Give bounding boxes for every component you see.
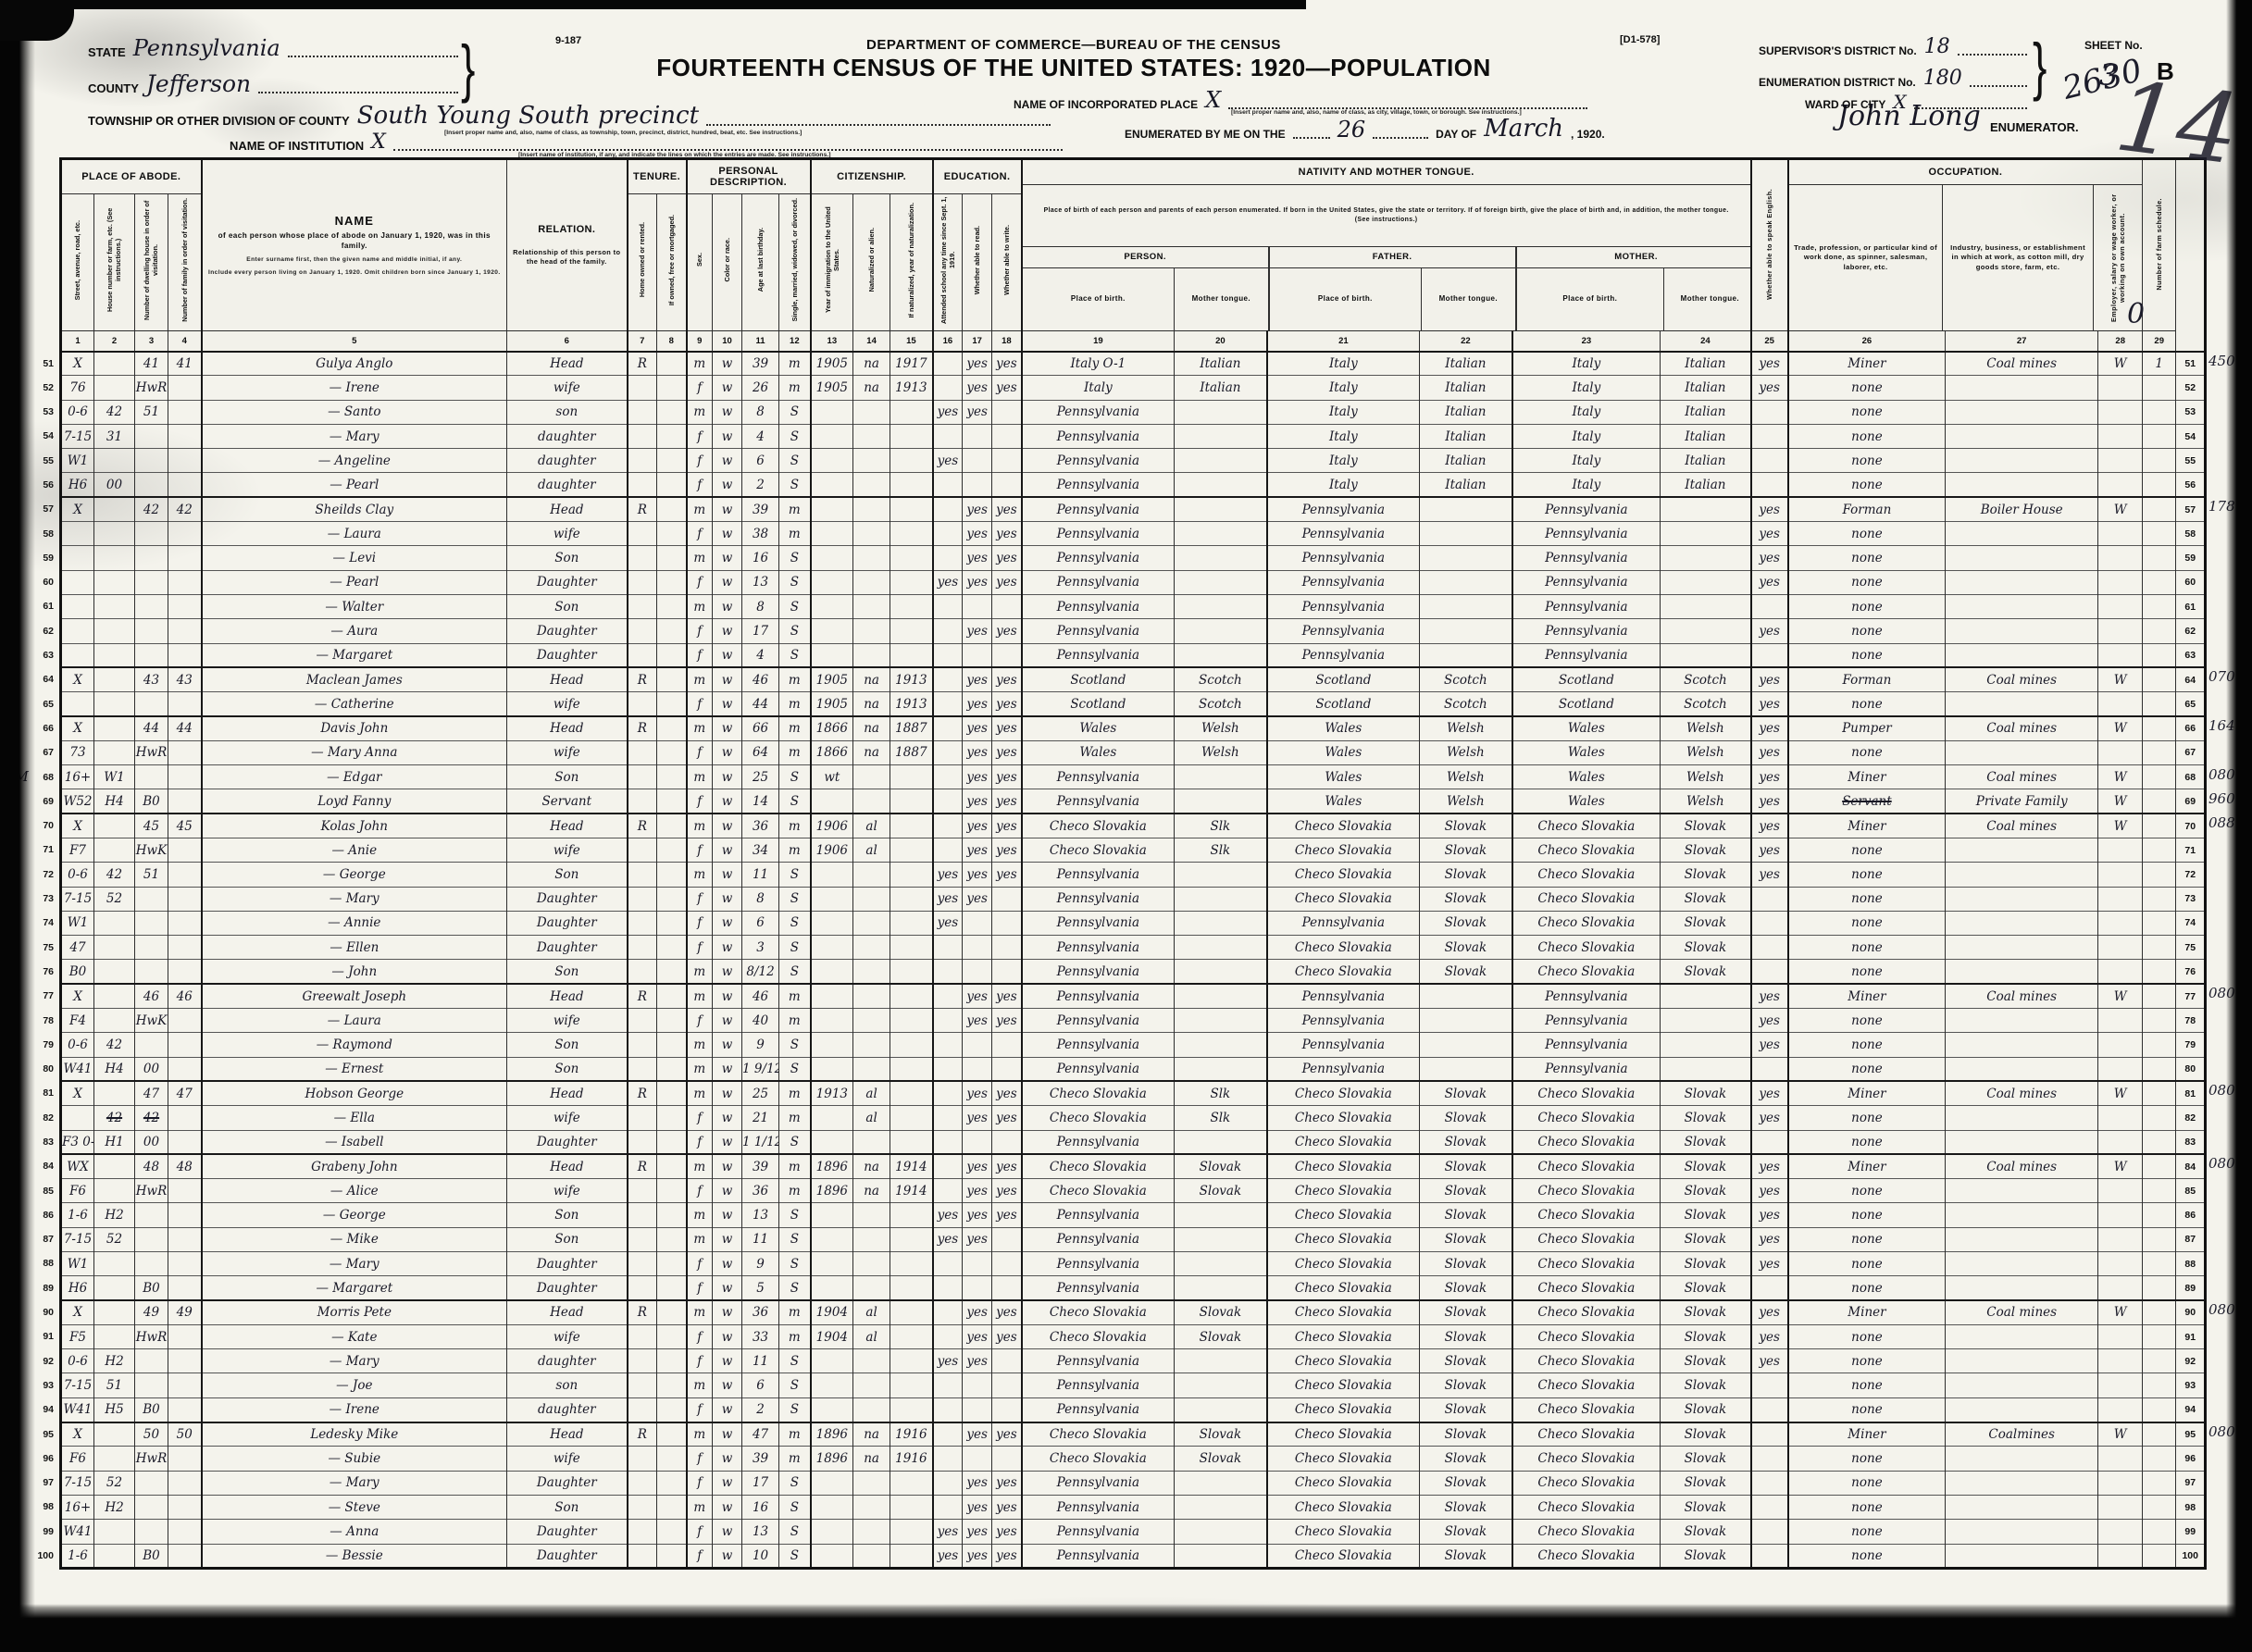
cell-53-c12: S xyxy=(779,400,811,424)
cell-95-c29 xyxy=(2143,1422,2176,1447)
cell-80-c12: S xyxy=(779,1057,811,1081)
enumerated-year: , 1920. xyxy=(1571,128,1605,141)
cell-54-c1: 7-15 xyxy=(61,424,94,448)
cell-96-c24: Slovak xyxy=(1661,1447,1751,1471)
cell-67-c19: Wales xyxy=(1022,740,1175,764)
cell-63-c17 xyxy=(963,643,992,667)
cell-94-c23: Checo Slovakia xyxy=(1512,1397,1661,1422)
cell-60-c21: Pennsylvania xyxy=(1267,570,1420,594)
cell-86-c12: S xyxy=(779,1203,811,1227)
cell-100-c12: S xyxy=(779,1544,811,1568)
cell-70-c4: 45 xyxy=(168,814,202,838)
cell-90-c9: m xyxy=(687,1300,713,1324)
scan-edge-left xyxy=(0,0,35,1652)
line-number-right: 75 xyxy=(2176,936,2206,960)
cell-73-c14 xyxy=(853,887,890,911)
table-row: F7HwK— Aniewifefw34m1906alyesyesCheco Sl… xyxy=(61,838,2206,862)
cell-84-c26: Miner xyxy=(1788,1154,1946,1178)
cell-80-c9: m xyxy=(687,1057,713,1081)
cell-53-c18 xyxy=(992,400,1022,424)
cell-76-c3 xyxy=(135,960,168,984)
cell-90-c21: Checo Slovakia xyxy=(1267,1300,1420,1324)
cell-92-c26: none xyxy=(1788,1349,1946,1373)
table-row: 7-1531— Marydaughterfw4SPennsylvaniaItal… xyxy=(61,424,2206,448)
table-row: — MargaretDaughterfw4SPennsylvaniaPennsy… xyxy=(61,643,2206,667)
cell-83-c20 xyxy=(1175,1130,1267,1154)
cell-65-c21: Scotland xyxy=(1267,692,1420,716)
line-number-right: 76 xyxy=(2176,960,2206,984)
cell-69-c18: yes xyxy=(992,789,1022,814)
cell-84-c16 xyxy=(933,1154,963,1178)
cell-78-c25: yes xyxy=(1751,1009,1788,1033)
cell-60-c15 xyxy=(890,570,933,594)
cell-55-c24: Italian xyxy=(1661,449,1751,473)
cell-96-c14: na xyxy=(853,1447,890,1471)
cell-88-c6: Daughter xyxy=(507,1251,628,1275)
cell-69-c28: W xyxy=(2098,789,2143,814)
cell-59-c20 xyxy=(1175,546,1267,570)
cell-69-c14 xyxy=(853,789,890,814)
cell-57-c22 xyxy=(1420,497,1512,521)
cell-100-c3: B0 xyxy=(135,1544,168,1568)
table-row: 16+W1— EdgarSonmw25SwtyesyesPennsylvania… xyxy=(61,765,2206,789)
col-number-22: 22 xyxy=(1420,331,1512,352)
cell-96-c26: none xyxy=(1788,1447,1946,1471)
cell-63-c5: — Margaret xyxy=(202,643,507,667)
cell-83-c24: Slovak xyxy=(1661,1130,1751,1154)
cell-83-c17 xyxy=(963,1130,992,1154)
cell-83-c5: — Isabell xyxy=(202,1130,507,1154)
cell-61-c23: Pennsylvania xyxy=(1512,594,1661,618)
cell-55-c19: Pennsylvania xyxy=(1022,449,1175,473)
cell-60-c10: w xyxy=(713,570,742,594)
col-number-21: 21 xyxy=(1267,331,1420,352)
enumerated-label: ENUMERATED BY ME ON THE xyxy=(1125,128,1286,141)
cell-64-c2 xyxy=(94,667,135,691)
cell-77-c21: Pennsylvania xyxy=(1267,984,1420,1008)
cell-82-c29 xyxy=(2143,1106,2176,1130)
cell-59-c23: Pennsylvania xyxy=(1512,546,1661,570)
cell-71-c6: wife xyxy=(507,838,628,862)
col-header-c11: Age at last birthday. xyxy=(742,194,779,331)
day-of-label: DAY OF xyxy=(1436,128,1476,141)
cell-63-c26: none xyxy=(1788,643,1946,667)
cell-88-c28 xyxy=(2098,1251,2143,1275)
cell-75-c25 xyxy=(1751,936,1788,960)
cell-64-c6: Head xyxy=(507,667,628,691)
cell-98-c22: Slovak xyxy=(1420,1495,1512,1519)
cell-75-c20 xyxy=(1175,936,1267,960)
cell-57-c15 xyxy=(890,497,933,521)
cell-86-c2: H2 xyxy=(94,1203,135,1227)
cell-66-c20: Welsh xyxy=(1175,716,1267,740)
cell-64-c22: Scotch xyxy=(1420,667,1512,691)
cell-95-c26: Miner xyxy=(1788,1422,1946,1447)
col-header-c8: If owned, free or mortgaged. xyxy=(657,194,687,331)
cell-64-c17: yes xyxy=(963,667,992,691)
cell-54-c6: daughter xyxy=(507,424,628,448)
cell-81-c22: Slovak xyxy=(1420,1081,1512,1105)
cell-69-c11: 14 xyxy=(742,789,779,814)
col-number-8: 8 xyxy=(657,331,687,352)
cell-66-c27: Coal mines xyxy=(1946,716,2098,740)
cell-70-c20: Slk xyxy=(1175,814,1267,838)
cell-78-c13 xyxy=(811,1009,853,1033)
cell-97-c2: 52 xyxy=(94,1471,135,1495)
cell-100-c29 xyxy=(2143,1544,2176,1568)
cell-55-c11: 6 xyxy=(742,449,779,473)
cell-60-c5: — Pearl xyxy=(202,570,507,594)
cell-93-c11: 6 xyxy=(742,1373,779,1397)
cell-71-c25: yes xyxy=(1751,838,1788,862)
cell-86-c29 xyxy=(2143,1203,2176,1227)
cell-58-c19: Pennsylvania xyxy=(1022,522,1175,546)
cell-92-c28 xyxy=(2098,1349,2143,1373)
cell-83-c15 xyxy=(890,1130,933,1154)
cell-56-c15 xyxy=(890,473,933,497)
col-header-c12: Single, married, widowed, or divorced. xyxy=(779,194,811,331)
cell-77-c10: w xyxy=(713,984,742,1008)
cell-94-c7 xyxy=(628,1397,657,1422)
cell-73-c29 xyxy=(2143,887,2176,911)
cell-74-c24: Slovak xyxy=(1661,911,1751,935)
cell-68-c1: 16+ xyxy=(61,765,94,789)
cell-53-c3: 51 xyxy=(135,400,168,424)
cell-93-c25 xyxy=(1751,1373,1788,1397)
cell-73-c26: none xyxy=(1788,887,1946,911)
cell-79-c8 xyxy=(657,1033,687,1057)
cell-94-c28 xyxy=(2098,1397,2143,1422)
cell-80-c21: Pennsylvania xyxy=(1267,1057,1420,1081)
cell-54-c16 xyxy=(933,424,963,448)
cell-53-c8 xyxy=(657,400,687,424)
cell-59-c7 xyxy=(628,546,657,570)
cell-79-c13 xyxy=(811,1033,853,1057)
cell-62-c19: Pennsylvania xyxy=(1022,619,1175,643)
col-number-4: 4 xyxy=(168,331,202,352)
table-row: 1-6H2— GeorgeSonmw13SyesyesyesPennsylvan… xyxy=(61,1203,2206,1227)
cell-100-c19: Pennsylvania xyxy=(1022,1544,1175,1568)
col-number-2: 2 xyxy=(94,331,135,352)
cell-66-c5: Davis John xyxy=(202,716,507,740)
cell-78-c4 xyxy=(168,1009,202,1033)
cell-98-c7 xyxy=(628,1495,657,1519)
line-number-right: 55 xyxy=(2176,449,2206,473)
cell-67-c8 xyxy=(657,740,687,764)
cell-84-c13: 1896 xyxy=(811,1154,853,1178)
cell-78-c24 xyxy=(1661,1009,1751,1033)
line-number-column-header xyxy=(2176,159,2206,352)
cell-76-c29 xyxy=(2143,960,2176,984)
cell-61-c28 xyxy=(2098,594,2143,618)
col-header-c9: Sex. xyxy=(687,194,713,331)
cell-58-c6: wife xyxy=(507,522,628,546)
cell-77-c25: yes xyxy=(1751,984,1788,1008)
line-number-right: 86 xyxy=(2176,1203,2206,1227)
cell-96-c8 xyxy=(657,1447,687,1471)
cell-56-c28 xyxy=(2098,473,2143,497)
cell-80-c5: — Ernest xyxy=(202,1057,507,1081)
cell-91-c14: al xyxy=(853,1324,890,1348)
cell-72-c16: yes xyxy=(933,863,963,887)
cell-76-c1: B0 xyxy=(61,960,94,984)
cell-75-c2 xyxy=(94,936,135,960)
cell-78-c21: Pennsylvania xyxy=(1267,1009,1420,1033)
cell-93-c5: — Joe xyxy=(202,1373,507,1397)
cell-85-c4 xyxy=(168,1179,202,1203)
cell-60-c19: Pennsylvania xyxy=(1022,570,1175,594)
cell-63-c20 xyxy=(1175,643,1267,667)
cell-99-c22: Slovak xyxy=(1420,1520,1512,1544)
cell-81-c26: Miner xyxy=(1788,1081,1946,1105)
cell-70-c26: Miner xyxy=(1788,814,1946,838)
cell-85-c10: w xyxy=(713,1179,742,1203)
cell-67-c16 xyxy=(933,740,963,764)
cell-52-c11: 26 xyxy=(742,376,779,400)
cell-59-c19: Pennsylvania xyxy=(1022,546,1175,570)
cell-60-c27 xyxy=(1946,570,2098,594)
cell-79-c10: w xyxy=(713,1033,742,1057)
cell-96-c10: w xyxy=(713,1447,742,1471)
enumerated-day: 26 xyxy=(1338,118,1366,141)
cell-94-c16 xyxy=(933,1397,963,1422)
cell-76-c15 xyxy=(890,960,933,984)
cell-70-c11: 36 xyxy=(742,814,779,838)
cell-70-c23: Checo Slovakia xyxy=(1512,814,1661,838)
cell-99-c25 xyxy=(1751,1520,1788,1544)
cell-69-c6: Servant xyxy=(507,789,628,814)
cell-94-c4 xyxy=(168,1397,202,1422)
cell-78-c26: none xyxy=(1788,1009,1946,1033)
cell-66-c19: Wales xyxy=(1022,716,1175,740)
cell-59-c28 xyxy=(2098,546,2143,570)
cell-68-c6: Son xyxy=(507,765,628,789)
cell-82-c11: 21 xyxy=(742,1106,779,1130)
scan-corner-topleft xyxy=(0,0,74,41)
cell-60-c16: yes xyxy=(933,570,963,594)
cell-65-c6: wife xyxy=(507,692,628,716)
cell-62-c23: Pennsylvania xyxy=(1512,619,1661,643)
cell-79-c11: 9 xyxy=(742,1033,779,1057)
cell-68-c22: Welsh xyxy=(1420,765,1512,789)
cell-86-c20 xyxy=(1175,1203,1267,1227)
cell-80-c25 xyxy=(1751,1057,1788,1081)
scan-edge-bottom xyxy=(0,1604,2252,1652)
cell-80-c20 xyxy=(1175,1057,1267,1081)
cell-57-c28: W xyxy=(2098,497,2143,521)
cell-84-c23: Checo Slovakia xyxy=(1512,1154,1661,1178)
cell-55-c9: f xyxy=(687,449,713,473)
cell-93-c2: 51 xyxy=(94,1373,135,1397)
cell-69-c19: Pennsylvania xyxy=(1022,789,1175,814)
cell-55-c15 xyxy=(890,449,933,473)
cell-54-c4 xyxy=(168,424,202,448)
cell-81-c17: yes xyxy=(963,1081,992,1105)
line-number-right: 64 xyxy=(2176,667,2206,691)
cell-87-c13 xyxy=(811,1227,853,1251)
table-row: W52H4B0Loyd FannyServantfw14SyesyesPenns… xyxy=(61,789,2206,814)
cell-62-c9: f xyxy=(687,619,713,643)
table-row: W1— Angelinedaughterfw6SyesPennsylvaniaI… xyxy=(61,449,2206,473)
cell-85-c3: HwR xyxy=(135,1179,168,1203)
cell-56-c7 xyxy=(628,473,657,497)
line-number-right: 58 xyxy=(2176,522,2206,546)
cell-75-c9: f xyxy=(687,936,713,960)
cell-98-c9: m xyxy=(687,1495,713,1519)
nativity-person-header: PERSON. xyxy=(1023,247,1268,268)
census-sheet: 9-187 DEPARTMENT OF COMMERCE—BUREAU OF T… xyxy=(0,0,2252,1652)
cell-53-c4 xyxy=(168,400,202,424)
cell-76-c5: — John xyxy=(202,960,507,984)
cell-55-c13 xyxy=(811,449,853,473)
cell-83-c26: none xyxy=(1788,1130,1946,1154)
cell-88-c8 xyxy=(657,1251,687,1275)
cell-85-c15: 1914 xyxy=(890,1179,933,1203)
cell-66-c1: X xyxy=(61,716,94,740)
cell-63-c14 xyxy=(853,643,890,667)
cell-97-c4 xyxy=(168,1471,202,1495)
cell-62-c18: yes xyxy=(992,619,1022,643)
cell-86-c4 xyxy=(168,1203,202,1227)
cell-70-c12: m xyxy=(779,814,811,838)
cell-97-c20 xyxy=(1175,1471,1267,1495)
group-citizenship: CITIZENSHIP. xyxy=(811,159,933,194)
cell-65-c27 xyxy=(1946,692,2098,716)
cell-92-c17: yes xyxy=(963,1349,992,1373)
cell-86-c28 xyxy=(2098,1203,2143,1227)
cell-70-c1: X xyxy=(61,814,94,838)
cell-60-c25: yes xyxy=(1751,570,1788,594)
cell-58-c8 xyxy=(657,522,687,546)
col-header-trade: Trade, profession, or particular kind of… xyxy=(1789,185,1944,330)
cell-79-c9: m xyxy=(687,1033,713,1057)
cell-76-c19: Pennsylvania xyxy=(1022,960,1175,984)
cell-87-c17: yes xyxy=(963,1227,992,1251)
cell-67-c12: m xyxy=(779,740,811,764)
cell-74-c12: S xyxy=(779,911,811,935)
col-header-c3: Number of dwelling house in order of vis… xyxy=(135,194,168,331)
cell-78-c7 xyxy=(628,1009,657,1033)
cell-87-c24: Slovak xyxy=(1661,1227,1751,1251)
incorporated-place-label: NAME OF INCORPORATED PLACE xyxy=(1014,98,1198,111)
cell-74-c29 xyxy=(2143,911,2176,935)
table-row: X5050Ledesky MikeHeadRmw47m1896na1916yes… xyxy=(61,1422,2206,1447)
cell-52-c13: 1905 xyxy=(811,376,853,400)
line-number-right: 56 xyxy=(2176,473,2206,497)
cell-99-c12: S xyxy=(779,1520,811,1544)
cell-55-c16: yes xyxy=(933,449,963,473)
cell-79-c24 xyxy=(1661,1033,1751,1057)
table-row: B0— JohnSonmw8/12SPennsylvaniaCheco Slov… xyxy=(61,960,2206,984)
cell-99-c14 xyxy=(853,1520,890,1544)
cell-91-c19: Checo Slovakia xyxy=(1022,1324,1175,1348)
cell-79-c21: Pennsylvania xyxy=(1267,1033,1420,1057)
cell-52-c21: Italy xyxy=(1267,376,1420,400)
table-row: 76HwR— Irenewifefw26m1905na1913yesyesIta… xyxy=(61,376,2206,400)
cell-58-c7 xyxy=(628,522,657,546)
cell-59-c25: yes xyxy=(1751,546,1788,570)
cell-85-c5: — Alice xyxy=(202,1179,507,1203)
cell-90-c29 xyxy=(2143,1300,2176,1324)
cell-55-c12: S xyxy=(779,449,811,473)
cell-98-c17: yes xyxy=(963,1495,992,1519)
cell-91-c12: m xyxy=(779,1324,811,1348)
cell-70-c19: Checo Slovakia xyxy=(1022,814,1175,838)
cell-81-c2 xyxy=(94,1081,135,1105)
cell-92-c25: yes xyxy=(1751,1349,1788,1373)
cell-84-c28: W xyxy=(2098,1154,2143,1178)
cell-81-c10: w xyxy=(713,1081,742,1105)
cell-81-c25: yes xyxy=(1751,1081,1788,1105)
cell-92-c20 xyxy=(1175,1349,1267,1373)
cell-52-c22: Italian xyxy=(1420,376,1512,400)
cell-59-c6: Son xyxy=(507,546,628,570)
cell-77-c24 xyxy=(1661,984,1751,1008)
cell-63-c25 xyxy=(1751,643,1788,667)
cell-56-c6: daughter xyxy=(507,473,628,497)
table-row: W1— MaryDaughterfw9SPennsylvaniaCheco Sl… xyxy=(61,1251,2206,1275)
cell-77-c17: yes xyxy=(963,984,992,1008)
cell-78-c15 xyxy=(890,1009,933,1033)
cell-96-c17 xyxy=(963,1447,992,1471)
cell-82-c7 xyxy=(628,1106,657,1130)
cell-67-c4 xyxy=(168,740,202,764)
cell-64-c20: Scotch xyxy=(1175,667,1267,691)
cell-60-c4 xyxy=(168,570,202,594)
cell-60-c29 xyxy=(2143,570,2176,594)
cell-81-c11: 25 xyxy=(742,1081,779,1105)
cell-99-c27 xyxy=(1946,1520,2098,1544)
cell-75-c27 xyxy=(1946,936,2098,960)
cell-86-c5: — George xyxy=(202,1203,507,1227)
cell-53-c23: Italy xyxy=(1512,400,1661,424)
cell-84-c1: WX xyxy=(61,1154,94,1178)
cell-92-c7 xyxy=(628,1349,657,1373)
cell-85-c9: f xyxy=(687,1179,713,1203)
cell-57-c13 xyxy=(811,497,853,521)
cell-82-c15 xyxy=(890,1106,933,1130)
table-row: F5HwR— Katewifefw33m1904alyesyesCheco Sl… xyxy=(61,1324,2206,1348)
line-number-right: 87 xyxy=(2176,1227,2206,1251)
cell-82-c23: Checo Slovakia xyxy=(1512,1106,1661,1130)
enumerator-label: ENUMERATOR. xyxy=(1990,120,2079,134)
cell-90-c13: 1904 xyxy=(811,1300,853,1324)
cell-91-c1: F5 xyxy=(61,1324,94,1348)
cell-55-c3 xyxy=(135,449,168,473)
mother-tongue-header: Mother tongue. xyxy=(1664,268,1751,330)
cell-93-c18 xyxy=(992,1373,1022,1397)
cell-65-c7 xyxy=(628,692,657,716)
group-personal-description: PERSONAL DESCRIPTION. xyxy=(687,159,811,194)
cell-61-c14 xyxy=(853,594,890,618)
cell-68-c26: Miner xyxy=(1788,765,1946,789)
cell-89-c23: Checo Slovakia xyxy=(1512,1276,1661,1300)
cell-56-c18 xyxy=(992,473,1022,497)
cell-83-c13 xyxy=(811,1130,853,1154)
cell-51-c16 xyxy=(933,352,963,376)
cell-79-c20 xyxy=(1175,1033,1267,1057)
table-row: X4343Maclean JamesHeadRmw46m1905na1913ye… xyxy=(61,667,2206,691)
cell-92-c27 xyxy=(1946,1349,2098,1373)
cell-73-c16: yes xyxy=(933,887,963,911)
col-header-c7: Home owned or rented. xyxy=(628,194,657,331)
cell-89-c29 xyxy=(2143,1276,2176,1300)
cell-94-c13 xyxy=(811,1397,853,1422)
cell-85-c12: m xyxy=(779,1179,811,1203)
cell-76-c12: S xyxy=(779,960,811,984)
cell-61-c6: Son xyxy=(507,594,628,618)
cell-63-c3 xyxy=(135,643,168,667)
